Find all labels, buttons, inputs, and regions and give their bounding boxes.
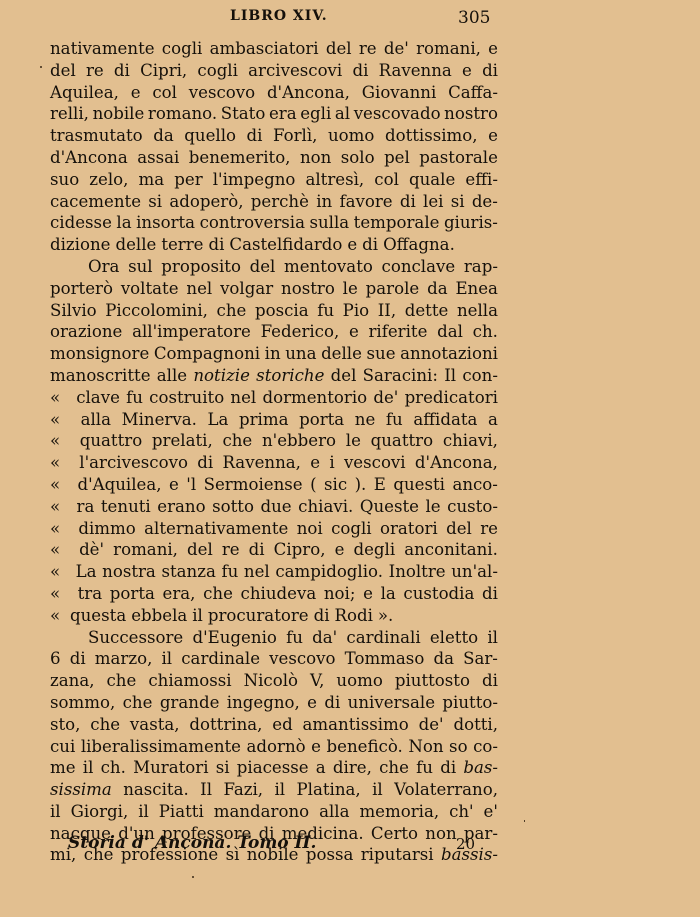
word: orazione — [50, 321, 122, 343]
word: col — [152, 82, 177, 104]
word: all'imperatore — [132, 321, 251, 343]
word: due — [261, 496, 292, 518]
word: di — [482, 60, 498, 82]
word: prelati, — [152, 430, 213, 452]
word: che — [222, 430, 252, 452]
word: sto, — [50, 714, 80, 736]
word: mentovato — [284, 256, 373, 278]
word: erano — [157, 496, 205, 518]
word: romano. — [148, 103, 217, 125]
word: marzo, — [95, 648, 153, 670]
guillemet: « — [50, 387, 70, 409]
word: Inoltre — [389, 561, 446, 583]
word: oratori — [380, 518, 438, 540]
guillemet: « — [50, 474, 70, 496]
word: che — [379, 757, 409, 779]
word: fu — [126, 387, 143, 409]
word: altresì, — [305, 169, 364, 191]
word: ed — [272, 714, 292, 736]
word: porta — [299, 409, 344, 431]
word: dotti, — [453, 714, 498, 736]
word: fu — [286, 627, 303, 649]
word: 'l — [186, 474, 196, 496]
word: dimmo — [78, 518, 135, 540]
word: La — [76, 561, 97, 583]
quoted-text-line: «dimmoalternativamentenoicoglioratoridel… — [50, 518, 498, 540]
word: dormentorio — [262, 387, 367, 409]
word: vasta, — [130, 714, 180, 736]
guillemet: « — [50, 430, 70, 452]
word: tenuti — [101, 496, 151, 518]
word: di — [314, 605, 330, 627]
word: dire, — [333, 757, 372, 779]
word: l'arcivescovo — [79, 452, 188, 474]
word: Ora — [88, 256, 119, 278]
word: era, — [163, 583, 196, 605]
word: e — [349, 321, 359, 343]
word: uomo — [328, 125, 374, 147]
word: re — [222, 539, 240, 561]
word: Aquilea, — [50, 82, 119, 104]
quoted-text-line: «l'arcivescovodiRavenna,eivescovid'Ancon… — [50, 452, 498, 474]
text-line: meilch.Muratorisipiacesseadire,chefudiba… — [50, 757, 498, 779]
word: l'impegno — [213, 169, 296, 191]
word: cogli — [162, 38, 203, 60]
word: il — [138, 801, 149, 823]
guillemet: « — [50, 539, 70, 561]
word: zana, — [50, 670, 95, 692]
word: cacemente — [50, 191, 141, 213]
word: d'Eugenio — [192, 627, 276, 649]
word: cogli — [331, 518, 372, 540]
word: nostro — [281, 278, 335, 300]
word: Il — [444, 365, 456, 387]
text-line: manoscritteallenotiziestorichedelSaracin… — [50, 365, 498, 387]
text-line: Orasulpropositodelmentovatoconclaverap- — [50, 256, 498, 278]
word: ingegno, — [227, 692, 300, 714]
word: proposito — [161, 256, 241, 278]
word: effi- — [465, 169, 498, 191]
word: da — [427, 278, 448, 300]
footer-signature-line: Storia d' Ancona. Tomo II. 20 — [68, 833, 488, 857]
word: cui — [50, 736, 75, 758]
word: sissima — [50, 779, 112, 801]
word: di — [249, 539, 265, 561]
word: di — [197, 452, 213, 474]
word: ebbela — [131, 605, 187, 627]
word: solo — [341, 147, 375, 169]
word: d'Aquilea, — [77, 474, 161, 496]
word: Ravenna, — [222, 452, 301, 474]
word: quale — [409, 169, 455, 191]
word: pastorale — [419, 147, 498, 169]
word: relli, — [50, 103, 89, 125]
word: la — [381, 583, 396, 605]
word: vescovado — [354, 103, 441, 125]
text-line: sto,chevasta,dottrina,edamantissimode'do… — [50, 714, 498, 736]
word: Cipro, — [274, 539, 326, 561]
word: vescovo — [269, 648, 335, 670]
word: di — [70, 648, 86, 670]
word: del — [187, 539, 213, 561]
word: i — [329, 452, 334, 474]
word: nobile — [93, 103, 145, 125]
word: del — [446, 518, 472, 540]
word: e' — [484, 801, 498, 823]
word: questa — [70, 605, 126, 627]
word: di — [400, 191, 416, 213]
text-line: monsignoreCompagnoniinunadellesueannotaz… — [50, 343, 498, 365]
word: alla — [319, 801, 349, 823]
word: d'Ancona, — [415, 452, 498, 474]
word: col — [374, 169, 399, 191]
word: Compagnoni — [154, 343, 260, 365]
word: e — [307, 692, 317, 714]
word: volgar — [220, 278, 273, 300]
word: adoperò, — [169, 191, 243, 213]
word: temporale — [354, 212, 440, 234]
word: porta — [110, 583, 155, 605]
word: e — [488, 125, 498, 147]
word: II, — [378, 300, 396, 322]
word: degli — [353, 539, 395, 561]
word: monsignore — [50, 343, 149, 365]
word: grande — [160, 692, 220, 714]
word: e — [131, 82, 141, 104]
text-line: trasmutatodaquellodiForlì,uomodottissimo… — [50, 125, 498, 147]
word: si — [148, 191, 162, 213]
word: storiche — [256, 365, 324, 387]
word: da — [153, 125, 174, 147]
word: ne — [355, 409, 376, 431]
word: il — [487, 627, 498, 649]
word: a — [316, 757, 326, 779]
word: trasmutato — [50, 125, 143, 147]
word: predicatori — [405, 387, 498, 409]
word: piuttosto — [395, 670, 470, 692]
word: il — [274, 779, 285, 801]
word: Piatti — [159, 801, 204, 823]
word: cidesse — [50, 212, 112, 234]
quoted-text-line: «quattroprelati,chen'ebberolequattrochia… — [50, 430, 498, 452]
word: egli — [300, 103, 331, 125]
word: e — [335, 539, 345, 561]
word: ambasciatori — [210, 38, 319, 60]
text-line: ilGiorgi,ilPiattimandaronoallamemoria,ch… — [50, 801, 498, 823]
word: di — [482, 583, 498, 605]
word: re — [86, 60, 104, 82]
word: bas- — [463, 757, 498, 779]
word: Cipri, — [140, 60, 187, 82]
text-line: sommo,chegrandeingegno,ediuniversalepiut… — [50, 692, 498, 714]
word: beneficò. — [327, 736, 403, 758]
word: di — [352, 60, 368, 82]
word: me — [50, 757, 76, 779]
ink-speck — [40, 66, 42, 68]
word: di — [362, 234, 378, 256]
word: liberalissimamente — [81, 736, 241, 758]
text-line: delrediCipri,cogliarcivescovidiRavennaed… — [50, 60, 498, 82]
guillemet: « — [50, 561, 70, 583]
word: Stato — [221, 103, 266, 125]
word: Non — [408, 736, 443, 758]
word: Offagna. — [383, 234, 455, 256]
word: alternativamente — [144, 518, 288, 540]
guillemet: « — [50, 583, 70, 605]
quoted-text-line: «traportaera,chechiudevanoi;elacustodiad… — [50, 583, 498, 605]
word: Saracini: — [363, 365, 438, 387]
word: ch. — [473, 321, 498, 343]
word: fu — [416, 757, 433, 779]
word: sotto — [212, 496, 254, 518]
word: fu — [317, 300, 334, 322]
word: dè' — [79, 539, 104, 561]
word: dottrina, — [189, 714, 262, 736]
word: il — [162, 648, 173, 670]
word: e — [169, 474, 179, 496]
word: Platina, — [296, 779, 360, 801]
running-title: LIBRO XIV. — [230, 8, 328, 24]
word: V, — [310, 670, 324, 692]
word: Nicolò — [244, 670, 298, 692]
word: Tommaso — [345, 648, 425, 670]
word: Minerva. — [122, 409, 197, 431]
word: delle — [115, 234, 156, 256]
word: piacesse — [237, 757, 309, 779]
word: romani, — [416, 38, 481, 60]
word: parole — [366, 278, 420, 300]
quoted-text-line: «allaMinerva.Laprimaportanefuaffidataa — [50, 409, 498, 431]
word: dottissimo, — [385, 125, 478, 147]
word: nostra — [102, 561, 156, 583]
word: annotazioni — [400, 343, 498, 365]
word: insorta — [136, 212, 195, 234]
word: dal — [437, 321, 463, 343]
word: campidoglio. — [275, 561, 383, 583]
word: Federico, — [261, 321, 340, 343]
word: nel — [244, 561, 270, 583]
word: Ravenna — [379, 60, 452, 82]
word: prima — [239, 409, 289, 431]
word: delle — [321, 343, 362, 365]
text-line: suozelo,maperl'impegnoaltresì,colqualeef… — [50, 169, 498, 191]
word: sommo, — [50, 692, 115, 714]
word: Successore — [88, 627, 183, 649]
word: amantissimo — [303, 714, 409, 736]
word: e — [488, 38, 498, 60]
word: di — [440, 757, 456, 779]
text-line: SilvioPiccolomini,cheposciafuPioII,dette… — [50, 300, 498, 322]
word: e — [311, 736, 321, 758]
word: che — [107, 670, 137, 692]
word: custodia — [403, 583, 474, 605]
word: E — [374, 474, 386, 496]
word: de' — [419, 714, 444, 736]
word: Rodi — [334, 605, 372, 627]
word: so — [449, 736, 468, 758]
quoted-text-line: «clavefucostruitoneldormentoriode'predic… — [50, 387, 498, 409]
word: nel — [230, 387, 256, 409]
text-line: d'Anconaassaibenemerito,nonsolopelpastor… — [50, 147, 498, 169]
text-line: sissimanascita.IlFazi,ilPlatina,ilVolate… — [50, 779, 498, 801]
word: poscia — [255, 300, 309, 322]
word: quattro — [80, 430, 142, 452]
word: cardinale — [181, 648, 260, 670]
quoted-text-line: «d'Aquilea,e'lSermoiense(sic).Equestianc… — [50, 474, 498, 496]
word: Silvio — [50, 300, 97, 322]
word: clave — [76, 387, 120, 409]
quoted-text-line: «questaebbelailprocuratorediRodi». — [50, 605, 498, 627]
word: de' — [384, 38, 409, 60]
word: nella — [457, 300, 498, 322]
word: d'Ancona — [50, 147, 128, 169]
guillemet: « — [50, 409, 70, 431]
word: affidata — [413, 409, 477, 431]
word: benemerito, — [189, 147, 291, 169]
word: da' — [312, 627, 337, 649]
word: di — [482, 670, 498, 692]
word: favore — [339, 191, 392, 213]
word: in — [316, 191, 332, 213]
word: in — [265, 343, 281, 365]
word: de- — [472, 191, 498, 213]
ink-speck — [524, 820, 525, 822]
word: mandarono — [214, 801, 309, 823]
word: chiavi. — [298, 496, 353, 518]
word: Il — [200, 779, 212, 801]
text-line: porteròvoltatenelvolgarnostroleparoledaE… — [50, 278, 498, 300]
word: notizie — [193, 365, 250, 387]
running-head: LIBRO XIV. 305 — [0, 8, 700, 30]
word: manoscritte — [50, 365, 151, 387]
word: eletto — [430, 627, 478, 649]
word: Enea — [455, 278, 498, 300]
word: Giovanni — [362, 82, 437, 104]
guillemet: « — [50, 518, 70, 540]
word: custo- — [447, 496, 498, 518]
text-line: orazioneall'imperatoreFederico,eriferite… — [50, 321, 498, 343]
word: quattro — [371, 430, 433, 452]
word: per — [174, 169, 202, 191]
word: chiavi, — [443, 430, 498, 452]
word: d'Ancona, — [267, 82, 350, 104]
quoted-text-line: «dè'romani,delrediCipro,edeglianconitani… — [50, 539, 498, 561]
word: piutto- — [442, 692, 498, 714]
word: Sar- — [463, 648, 498, 670]
word: rap- — [464, 256, 498, 278]
page-number: 305 — [458, 8, 490, 28]
word: di — [114, 60, 130, 82]
quoted-text-line: «Lanostrastanzafunelcampidoglio.Inoltreu… — [50, 561, 498, 583]
word: noi — [297, 518, 323, 540]
text-line: Successored'Eugeniofuda'cardinalielettoi… — [50, 627, 498, 649]
word: voltate — [121, 278, 179, 300]
word: il — [372, 779, 383, 801]
word: uomo — [336, 670, 382, 692]
word: nostro — [444, 103, 498, 125]
word: dette — [405, 300, 449, 322]
word: sul — [128, 256, 153, 278]
text-line: Aquilea,ecolvescovod'Ancona,GiovanniCaff… — [50, 82, 498, 104]
text-line: zana,chechiamossiNicolòV,uomopiuttostodi — [50, 670, 498, 692]
word: ). — [355, 474, 367, 496]
word: da — [433, 648, 454, 670]
word: quello — [184, 125, 236, 147]
text-line: cidesselainsortacontroversiasullatempora… — [50, 212, 498, 234]
word: dizione — [50, 234, 110, 256]
word: terre — [161, 234, 203, 256]
word: re — [359, 38, 377, 60]
word: Caffa- — [448, 82, 498, 104]
word: sulla — [309, 212, 349, 234]
text-line: dizionedelleterrediCastelfidardoediOffag… — [50, 234, 498, 256]
word: di — [208, 234, 224, 256]
word: ch. — [101, 757, 126, 779]
word: procuratore — [208, 605, 309, 627]
word: cardinali — [346, 627, 420, 649]
word: fu — [221, 561, 238, 583]
word: questi — [393, 474, 445, 496]
word: il — [192, 605, 203, 627]
word: le — [343, 278, 358, 300]
text-line: cacementesiadoperò,perchèinfavoredileisi… — [50, 191, 498, 213]
word: non — [300, 147, 331, 169]
word: che — [90, 714, 120, 736]
word: Giorgi, — [71, 801, 129, 823]
word: le — [346, 430, 361, 452]
word: ( — [310, 474, 316, 496]
word: Volaterrano, — [394, 779, 498, 801]
text-line: 6dimarzo,ilcardinalevescovoTommasodaSar- — [50, 648, 498, 670]
word: vescovi — [344, 452, 406, 474]
word: costruito — [149, 387, 224, 409]
text-line: cuiliberalissimamenteadornòebeneficò.Non… — [50, 736, 498, 758]
word: di — [247, 125, 263, 147]
word: a — [488, 409, 498, 431]
guillemet: « — [50, 605, 70, 627]
word: chiamossi — [148, 670, 231, 692]
word: adornò — [247, 736, 306, 758]
word: una — [285, 343, 316, 365]
word: ma — [139, 169, 165, 191]
word: era — [269, 103, 297, 125]
word: controversia — [200, 212, 305, 234]
word: cogli — [197, 60, 238, 82]
word: alle — [157, 365, 187, 387]
word: noi; — [324, 583, 356, 605]
word: Pio — [343, 300, 369, 322]
word: riferite — [368, 321, 427, 343]
word: tra — [78, 583, 103, 605]
word: Queste — [360, 496, 419, 518]
word: che — [203, 583, 233, 605]
word: alla — [81, 409, 111, 431]
word: del — [250, 256, 276, 278]
word: Muratori — [133, 757, 208, 779]
word: memoria, — [359, 801, 439, 823]
quoted-text-line: «ratenutieranosottoduechiavi.Questelecus… — [50, 496, 498, 518]
word: un'al- — [451, 561, 498, 583]
word: e — [462, 60, 472, 82]
word: sue — [367, 343, 396, 365]
word: vescovo — [189, 82, 255, 104]
word: lei — [423, 191, 443, 213]
word: che — [217, 300, 247, 322]
word: universale — [348, 692, 435, 714]
word: nel — [186, 278, 212, 300]
guillemet: « — [50, 452, 70, 474]
word: con- — [462, 365, 498, 387]
